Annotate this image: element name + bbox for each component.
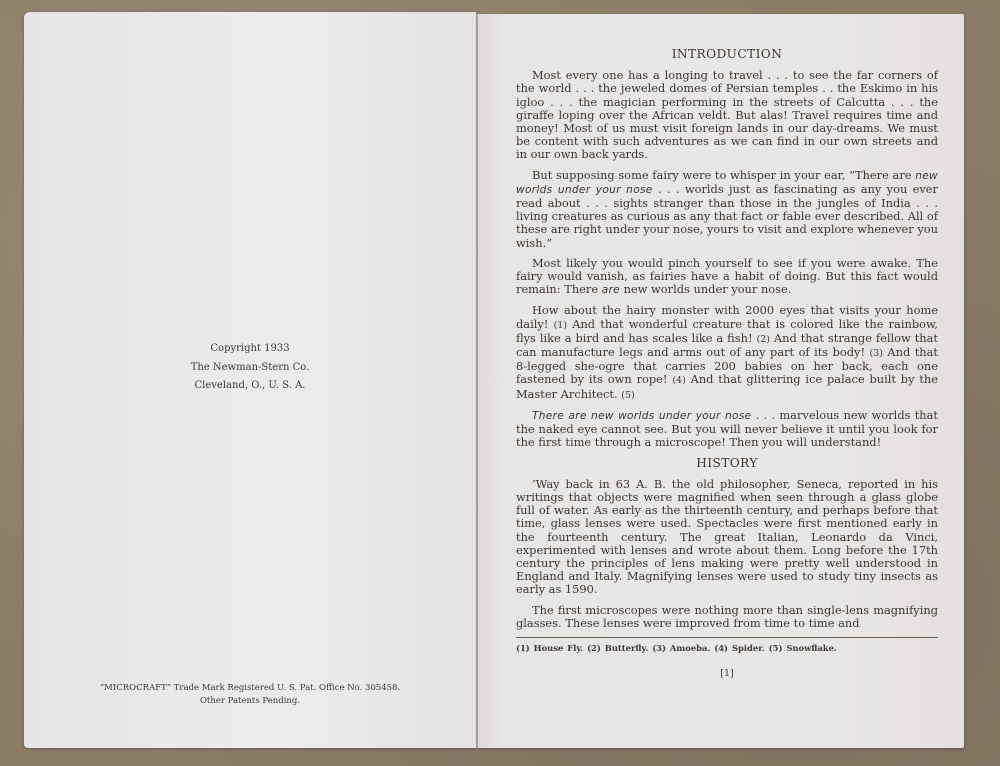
page-content: INTRODUCTION Most every one has a longin… (516, 48, 938, 680)
footnote-ref: (4) (672, 375, 685, 386)
trademark-notice: “MICROCRAFT” Trade Mark Registered U. S.… (24, 682, 476, 708)
right-page: INTRODUCTION Most every one has a longin… (478, 14, 964, 748)
introduction-heading: INTRODUCTION (516, 48, 938, 61)
intro-paragraph-3: Most likely you would pinch yourself to … (516, 257, 938, 298)
intro-paragraph-5: There are new worlds under your nose . .… (516, 409, 938, 450)
footnotes: (1) House Fly. (2) Butterfly. (3) Amoeba… (516, 642, 938, 654)
trademark-line: “MICROCRAFT” Trade Mark Registered U. S.… (24, 682, 476, 695)
history-heading: HISTORY (516, 457, 938, 470)
text-run: new worlds under your nose. (620, 282, 791, 296)
history-paragraph-2: The first microscopes were nothing more … (516, 604, 938, 630)
text-run: But supposing some fairy were to whisper… (532, 168, 915, 182)
footnote-ref: (1) (554, 320, 567, 331)
emphasis-text: There are new worlds under your nose (532, 410, 751, 422)
publisher-name: The Newman-Stern Co. (24, 359, 476, 378)
publisher-location: Cleveland, O., U. S. A. (24, 377, 476, 396)
footnote-ref: (3) (870, 348, 883, 359)
footnote-ref: (2) (756, 334, 769, 345)
history-paragraph-1: ’Way back in 63 A. B. the old philosophe… (516, 478, 938, 597)
footnote-divider (516, 637, 938, 638)
left-page: Copyright 1933 The Newman-Stern Co. Clev… (24, 12, 476, 748)
page-number: [1] (516, 667, 938, 680)
copyright-year: Copyright 1933 (24, 340, 476, 359)
copyright-block: Copyright 1933 The Newman-Stern Co. Clev… (24, 340, 476, 396)
footnote-ref: (5) (621, 390, 634, 401)
patents-pending-line: Other Patents Pending. (24, 695, 476, 708)
intro-paragraph-1: Most every one has a longing to travel .… (516, 69, 938, 161)
intro-paragraph-2: But supposing some fairy were to whisper… (516, 169, 938, 250)
emphasis-text: are (602, 284, 620, 296)
intro-paragraph-4: How about the hairy monster with 2000 ey… (516, 304, 938, 401)
